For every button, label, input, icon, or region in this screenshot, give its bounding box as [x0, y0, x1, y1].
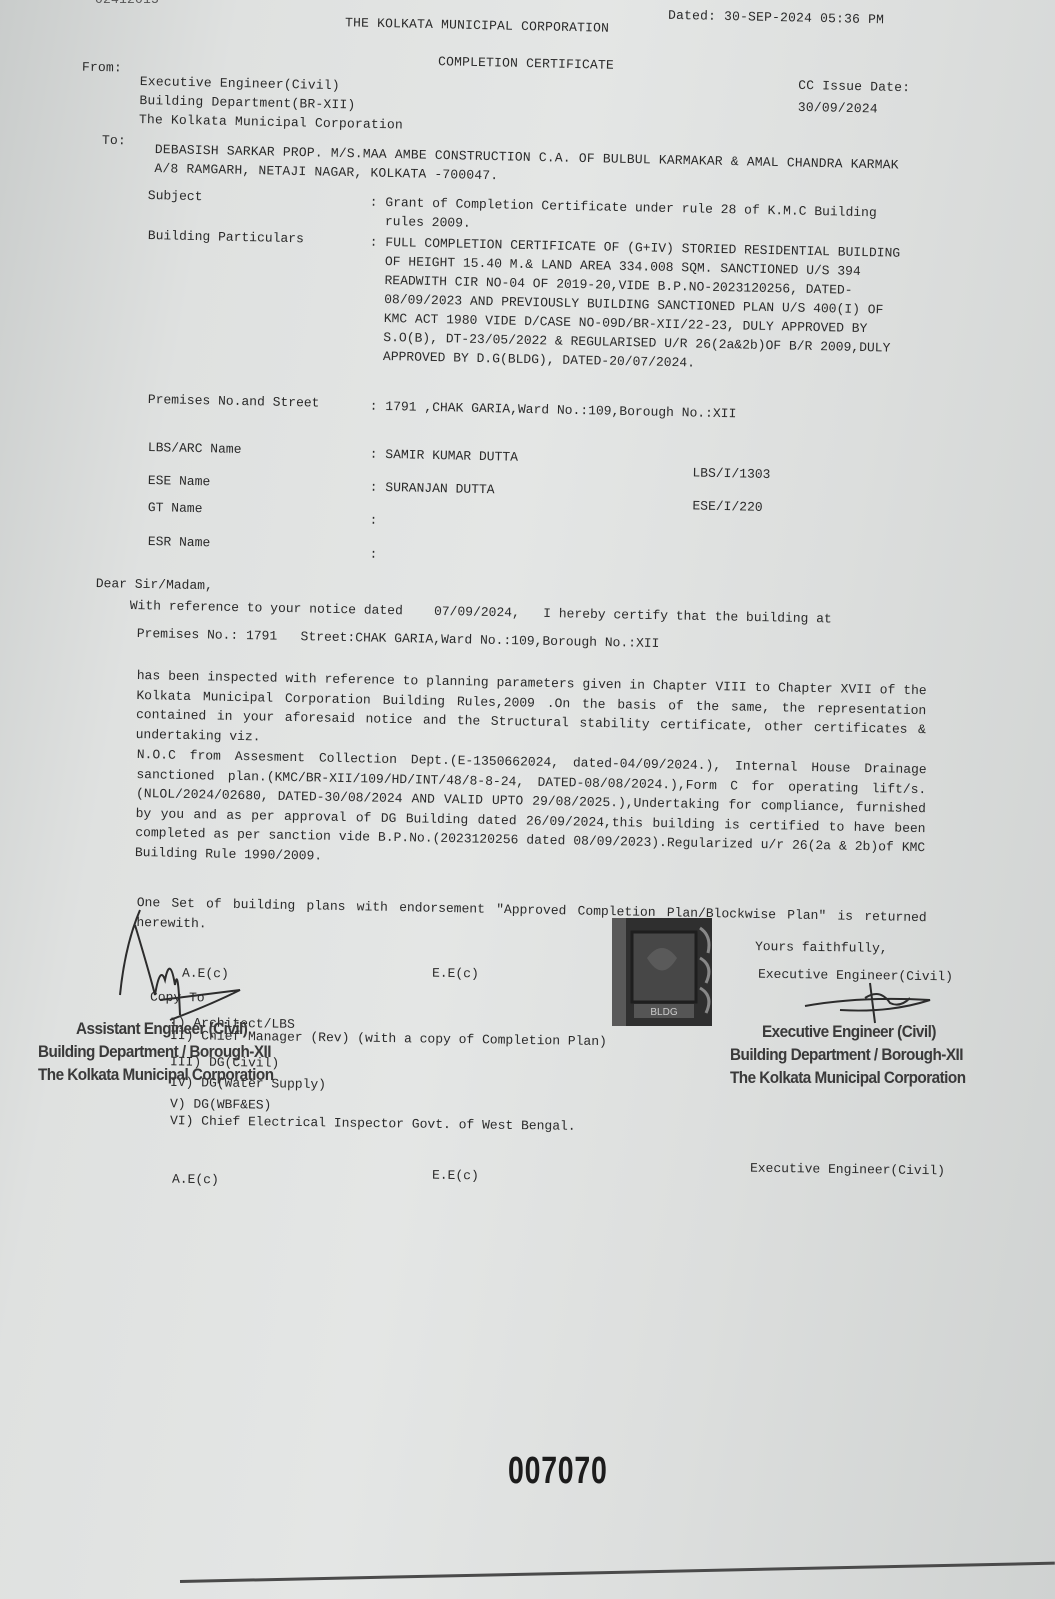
stamp-line: Building Department / Borough-XII	[38, 1040, 274, 1063]
seal-text: BLDG	[650, 1007, 677, 1018]
building-particulars-value: : FULL COMPLETION CERTIFICATE OF (G+IV) …	[367, 233, 900, 377]
letter-noc: N.O.C from Assesment Collection Dept.(E-…	[135, 745, 927, 878]
lbs-arc-row: LBS/ARC Name: SAMIR KUMAR DUTTA LBS/I/13…	[148, 440, 519, 467]
letter-premises-line: Premises No.: 1791 Street:CHAK GARIA,War…	[137, 624, 660, 654]
cc-issue-date: CC Issue Date: 30/09/2024	[798, 75, 911, 121]
dated-line: Dated: 30-SEP-2024 05:36 PM	[668, 8, 884, 28]
to-label: To:	[102, 133, 126, 148]
building-particulars-row: Building Particulars: FULL COMPLETION CE…	[145, 228, 900, 377]
assistant-engineer-signature-icon	[110, 905, 260, 1025]
premises-label: Premises No.and Street	[148, 392, 370, 412]
ee-signature-label: E.E(c)	[432, 966, 479, 982]
stamp-line: The Kolkata Municipal Corporation	[38, 1063, 274, 1086]
lbs-arc-value: : SAMIR KUMAR DUTTA	[370, 445, 519, 467]
from-address: Executive Engineer(Civil) Building Depar…	[139, 72, 404, 135]
gt-label: GT Name	[148, 500, 370, 520]
esr-label: ESR Name	[148, 534, 370, 554]
salutation: Dear Sir/Madam,	[96, 574, 213, 596]
gt-value: :	[369, 505, 377, 530]
from-label: From:	[82, 60, 122, 76]
dated-value: 30-SEP-2024 05:36 PM	[724, 9, 884, 27]
copy-to-item: V) DG(WBF&ES)	[170, 1096, 272, 1112]
executive-engineer-label-bottom: Executive Engineer(Civil)	[750, 1161, 945, 1179]
lbs-arc-code: LBS/I/1303	[692, 465, 770, 482]
ese-label: ESE Name	[148, 473, 370, 493]
assistant-engineer-stamp-dept: Building Department / Borough-XII The Ko…	[38, 1040, 274, 1086]
building-particulars-label: Building Particulars	[148, 228, 370, 248]
ese-code: ESE/I/220	[692, 498, 763, 514]
lbs-arc-label: LBS/ARC Name	[148, 440, 370, 460]
ee-signature-label-bottom: E.E(c)	[432, 1168, 479, 1184]
yours-faithfully: Yours faithfully,	[755, 939, 888, 956]
gt-row: GT Name:	[147, 500, 377, 530]
copy-to-item: VI) Chief Electrical Inspector Govt. of …	[170, 1113, 576, 1134]
esr-value: :	[369, 539, 377, 564]
stamp-line: The Kolkata Municipal Corporation	[730, 1066, 966, 1089]
dated-label: Dated:	[668, 8, 716, 24]
premises-value: : 1791 ,CHAK GARIA,Ward No.:109,Borough …	[370, 397, 737, 424]
paper-edge	[180, 1562, 1055, 1583]
reference-number: 02412015	[95, 0, 159, 7]
completion-certificate-page: 02412015 Dated: 30-SEP-2024 05:36 PM THE…	[0, 0, 1055, 1599]
letter-intro: With reference to your notice dated 07/0…	[130, 596, 832, 629]
cc-issue-date-value: 30/09/2024	[798, 97, 910, 121]
stamp-line: Building Department / Borough-XII	[730, 1043, 966, 1066]
executive-engineer-signature-icon	[800, 978, 940, 1028]
ese-value: : SURANJAN DUTTA	[370, 478, 495, 500]
to-address: DEBASISH SARKAR PROP. M/S.MAA AMBE CONST…	[154, 140, 899, 194]
ae-signature-label-bottom: A.E(c)	[172, 1172, 219, 1188]
premises-row: Premises No.and Street: 1791 ,CHAK GARIA…	[148, 392, 737, 423]
subject-label: Subject	[148, 188, 370, 208]
serial-number: 007070	[508, 1450, 608, 1493]
ese-row: ESE Name: SURANJAN DUTTA ESE/I/220	[148, 473, 495, 499]
esr-row: ESR Name:	[147, 534, 377, 564]
organization-title: THE KOLKATA MUNICIPAL CORPORATION	[345, 15, 609, 36]
document-title: COMPLETION CERTIFICATE	[438, 54, 614, 73]
cc-issue-date-label: CC Issue Date:	[798, 75, 910, 99]
building-department-seal-icon: BLDG	[612, 918, 712, 1026]
executive-engineer-stamp-dept: Building Department / Borough-XII The Ko…	[730, 1043, 966, 1089]
letter-body: has been inspected with reference to pla…	[135, 666, 926, 760]
